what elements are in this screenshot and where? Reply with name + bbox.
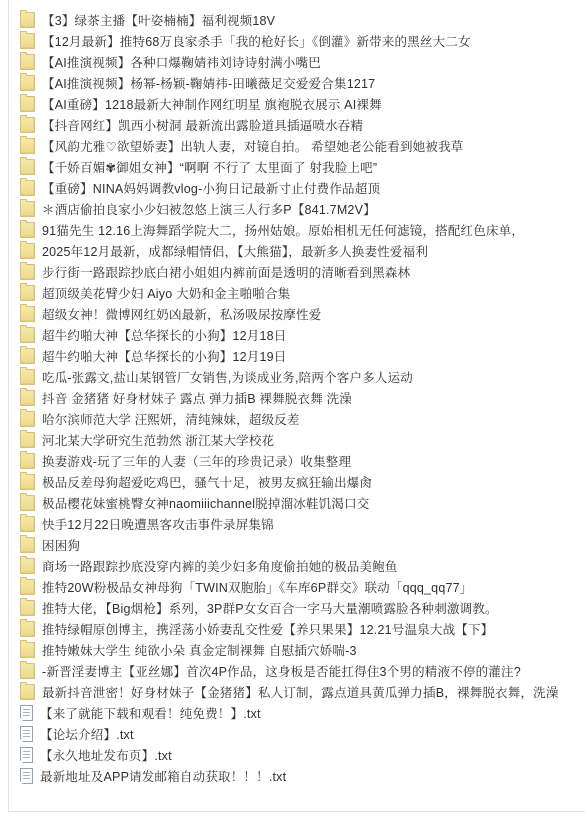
folder-row[interactable]: 【12月最新】推特68万良家杀手「我的枪好长」《倒灌》新带来的黑丝大二女 [9, 30, 585, 51]
file-name[interactable]: 超牛约啪大神【总华探长的小狗】12月18日 [42, 326, 287, 344]
folder-icon [20, 306, 35, 322]
folder-icon [20, 474, 35, 490]
folder-icon [20, 642, 35, 658]
folder-icon [20, 54, 35, 70]
folder-icon [20, 159, 35, 175]
folder-row[interactable]: 【AI推演视频】杨幂-杨颖-鞠婧祎-田曦薇足交爱爱合集1217 [9, 72, 585, 93]
file-name[interactable]: 2025年12月最新，成都绿帽情侣，【大熊猫】，最新多人换妻性爱福利 [42, 242, 428, 260]
folder-row[interactable]: 河北某大学研究生范勃然 浙江某大学校花 [9, 429, 585, 450]
folder-icon [20, 222, 35, 238]
folder-icon [20, 75, 35, 91]
folder-icon [20, 33, 35, 49]
file-name[interactable]: 快手12月22日晚遭黑客攻击事件录屏集锦 [42, 515, 274, 533]
folder-row[interactable]: ＊酒店偷拍良家小少妇被忽悠上演三人行多P【841.7M2V】 [9, 198, 585, 219]
folder-icon [20, 12, 35, 28]
file-name[interactable]: 【AI推演视频】杨幂-杨颖-鞠婧祎-田曦薇足交爱爱合集1217 [42, 74, 375, 92]
file-list: 【3】绿茶主播【叶姿楠楠】福利视频18V 【12月最新】推特68万良家杀手「我的… [9, 9, 585, 786]
folder-row[interactable]: 【AI重磅】1218最新大神制作网红明星 旗袍脱衣展示 AI裸舞 [9, 93, 585, 114]
file-name[interactable]: 超级女神！微博网红奶凶最新，私汤吸尿按摩性爱 [42, 305, 321, 323]
folder-icon [20, 621, 35, 637]
folder-row[interactable]: 【重磅】NINA妈妈调教vlog-小狗日记最新寸止付费作品超顶 [9, 177, 585, 198]
folder-row[interactable]: 推特20W粉极品女神母狗「TWIN双胞胎」《车库6P群交》联动「qqq_qq77… [9, 576, 585, 597]
folder-row[interactable]: 【AI推演视频】各种口爆鞠婧祎刘诗诗射满小嘴巴 [9, 51, 585, 72]
text-file-icon [20, 768, 33, 784]
folder-row[interactable]: 步行街一路跟踪抄底白裙小姐姐内裤前面是透明的清晰看到黑森林 [9, 261, 585, 282]
folder-icon [20, 600, 35, 616]
file-name[interactable]: 【重磅】NINA妈妈调教vlog-小狗日记最新寸止付费作品超顶 [42, 179, 380, 197]
folder-row[interactable]: 快手12月22日晚遭黑客攻击事件录屏集锦 [9, 513, 585, 534]
file-name[interactable]: 超顶级美花臂少妇 Aiyo 大奶和金主啪啪合集 [42, 284, 290, 302]
file-name[interactable]: 91猫先生 12.16上海舞蹈学院大二，扬州姑娘。原始相机无任何滤镜，搭配红色床… [42, 221, 524, 239]
file-name[interactable]: 【论坛介绍】.txt [40, 725, 134, 743]
file-name[interactable]: 【AI推演视频】各种口爆鞠婧祎刘诗诗射满小嘴巴 [42, 53, 321, 71]
folder-icon [20, 663, 35, 679]
folder-icon [20, 369, 35, 385]
folder-row[interactable]: 【抖音网红】凯西小树洞 最新流出露脸道具插逼喷水吞精 [9, 114, 585, 135]
folder-icon [20, 327, 35, 343]
text-file-icon [20, 747, 33, 763]
file-name[interactable]: 困困狗 [42, 536, 80, 554]
file-name[interactable]: 推特嫩妹大学生 纯欲小朵 真金定制裸舞 自慰插穴娇喘-3 [42, 641, 357, 659]
file-name[interactable]: 抖音 金猪猪 好身材妹子 露点 弹力插B 裸舞脱衣舞 洗澡 [42, 389, 352, 407]
folder-row[interactable]: 超级女神！微博网红奶凶最新，私汤吸尿按摩性爱 [9, 303, 585, 324]
folder-icon [20, 516, 35, 532]
folder-icon [20, 411, 35, 427]
folder-row[interactable]: 超牛约啪大神【总华探长的小狗】12月18日 [9, 324, 585, 345]
text-file-row[interactable]: 最新地址及APP请发邮箱自动获取！！！.txt [9, 765, 585, 786]
text-file-row[interactable]: 【来了就能下载和观看！纯免费！】.txt [9, 702, 585, 723]
file-name[interactable]: 【永久地址发布页】.txt [40, 746, 172, 764]
folder-row[interactable]: -新晋淫妻博主【亚丝娜】首次4P作品，这身板是否能扛得住3个男的精液不停的灌注? [9, 660, 585, 681]
folder-icon [20, 201, 35, 217]
folder-row[interactable]: 超牛约啪大神【总华探长的小狗】12月19日 [9, 345, 585, 366]
file-name[interactable]: 最新地址及APP请发邮箱自动获取！！！.txt [40, 767, 286, 785]
folder-icon [20, 96, 35, 112]
file-name[interactable]: 超牛约啪大神【总华探长的小狗】12月19日 [42, 347, 287, 365]
text-file-row[interactable]: 【永久地址发布页】.txt [9, 744, 585, 765]
file-name[interactable]: 推特20W粉极品女神母狗「TWIN双胞胎」《车库6P群交》联动「qqq_qq77… [42, 578, 473, 596]
folder-row[interactable]: 商场一路跟踪抄底没穿内裤的美少妇多角度偷拍她的极品美鲍鱼 [9, 555, 585, 576]
folder-icon [20, 579, 35, 595]
text-file-icon [20, 726, 33, 742]
folder-row[interactable]: 换妻游戏-玩了三年的人妻（三年的珍贵记录）收集整理 [9, 450, 585, 471]
folder-row[interactable]: 超顶级美花臂少妇 Aiyo 大奶和金主啪啪合集 [9, 282, 585, 303]
file-list-panel: 【3】绿茶主播【叶姿楠楠】福利视频18V 【12月最新】推特68万良家杀手「我的… [8, 0, 585, 812]
folder-row[interactable]: 吃瓜-张露文,盐山某钢管厂女销售,为谈成业务,陪两个客户多人运动 [9, 366, 585, 387]
folder-row[interactable]: 最新抖音泄密！好身材妹子【金猪猪】私人订制，露点道具黄瓜弹力插B，裸舞脱衣舞，洗… [9, 681, 585, 702]
text-file-row[interactable]: 【论坛介绍】.txt [9, 723, 585, 744]
folder-icon [20, 117, 35, 133]
file-name[interactable]: 极品樱花妹蜜桃臀女神naomiiichannel脱掉溜冰鞋饥渴口交 [42, 494, 370, 512]
file-name[interactable]: 推特大佬，【Big烟枪】系列，3P群P女女百合一字马大量潮喷露脸各种刺激调教。 [42, 599, 498, 617]
folder-icon [20, 390, 35, 406]
folder-row[interactable]: 哈尔滨师范大学 汪熙妍，清纯辣妹，超级反差 [9, 408, 585, 429]
folder-icon [20, 537, 35, 553]
folder-icon [20, 285, 35, 301]
file-name[interactable]: 步行街一路跟踪抄底白裙小姐姐内裤前面是透明的清晰看到黑森林 [42, 263, 410, 281]
file-name[interactable]: 吃瓜-张露文,盐山某钢管厂女销售,为谈成业务,陪两个客户多人运动 [42, 368, 413, 386]
folder-icon [20, 348, 35, 364]
folder-icon [20, 453, 35, 469]
folder-icon [20, 264, 35, 280]
file-name[interactable]: 【AI重磅】1218最新大神制作网红明星 旗袍脱衣展示 AI裸舞 [42, 95, 382, 113]
folder-row[interactable]: 推特嫩妹大学生 纯欲小朵 真金定制裸舞 自慰插穴娇喘-3 [9, 639, 585, 660]
file-name[interactable]: 【来了就能下载和观看！纯免费！】.txt [40, 704, 261, 722]
folder-row[interactable]: 91猫先生 12.16上海舞蹈学院大二，扬州姑娘。原始相机无任何滤镜，搭配红色床… [9, 219, 585, 240]
file-name[interactable]: 极品反差母狗超爱吃鸡巴，骚气十足，被男友疯狂输出爆肏 [42, 473, 372, 491]
file-name[interactable]: 【12月最新】推特68万良家杀手「我的枪好长」《倒灌》新带来的黑丝大二女 [42, 32, 471, 50]
folder-row[interactable]: 推特绿帽原创博主，携淫荡小娇妻乱交性爱【养只果果】12.21号温泉大战【下】 [9, 618, 585, 639]
file-name[interactable]: 推特绿帽原创博主，携淫荡小娇妻乱交性爱【养只果果】12.21号温泉大战【下】 [42, 620, 493, 638]
file-name[interactable]: 河北某大学研究生范勃然 浙江某大学校花 [42, 431, 274, 449]
folder-icon [20, 138, 35, 154]
folder-icon [20, 684, 35, 700]
folder-row[interactable]: 推特大佬，【Big烟枪】系列，3P群P女女百合一字马大量潮喷露脸各种刺激调教。 [9, 597, 585, 618]
folder-icon [20, 558, 35, 574]
folder-row[interactable]: 困困狗 [9, 534, 585, 555]
folder-row[interactable]: 【风韵尤雅♡欲望娇妻】出轨人妻，对镜自拍。 希望她老公能看到她被我草 [9, 135, 585, 156]
file-name[interactable]: 商场一路跟踪抄底没穿内裤的美少妇多角度偷拍她的极品美鲍鱼 [42, 557, 398, 575]
folder-row[interactable]: 2025年12月最新，成都绿帽情侣，【大熊猫】，最新多人换妻性爱福利 [9, 240, 585, 261]
folder-row[interactable]: 抖音 金猪猪 好身材妹子 露点 弹力插B 裸舞脱衣舞 洗澡 [9, 387, 585, 408]
file-name[interactable]: -新晋淫妻博主【亚丝娜】首次4P作品，这身板是否能扛得住3个男的精液不停的灌注? [42, 662, 521, 680]
text-file-icon [20, 705, 33, 721]
file-name[interactable]: 【千娇百媚✾御姐女神】“啊啊 不行了 太里面了 射我脸上吧” [42, 158, 377, 176]
file-name[interactable]: 【3】绿茶主播【叶姿楠楠】福利视频18V [42, 11, 275, 29]
file-name[interactable]: 【风韵尤雅♡欲望娇妻】出轨人妻，对镜自拍。 希望她老公能看到她被我草 [42, 137, 463, 155]
file-name[interactable]: 换妻游戏-玩了三年的人妻（三年的珍贵记录）收集整理 [42, 452, 351, 470]
file-name[interactable]: 哈尔滨师范大学 汪熙妍，清纯辣妹，超级反差 [42, 410, 300, 428]
folder-row[interactable]: 极品樱花妹蜜桃臀女神naomiiichannel脱掉溜冰鞋饥渴口交 [9, 492, 585, 513]
folder-icon [20, 432, 35, 448]
file-name[interactable]: 最新抖音泄密！好身材妹子【金猪猪】私人订制，露点道具黄瓜弹力插B，裸舞脱衣舞，洗… [42, 683, 559, 701]
folder-icon [20, 180, 35, 196]
file-name[interactable]: ＊酒店偷拍良家小少妇被忽悠上演三人行多P【841.7M2V】 [42, 200, 376, 218]
folder-icon [20, 495, 35, 511]
folder-icon [20, 243, 35, 259]
folder-row[interactable]: 【3】绿茶主播【叶姿楠楠】福利视频18V [9, 9, 585, 30]
file-name[interactable]: 【抖音网红】凯西小树洞 最新流出露脸道具插逼喷水吞精 [42, 116, 363, 134]
folder-row[interactable]: 【千娇百媚✾御姐女神】“啊啊 不行了 太里面了 射我脸上吧” [9, 156, 585, 177]
folder-row[interactable]: 极品反差母狗超爱吃鸡巴，骚气十足，被男友疯狂输出爆肏 [9, 471, 585, 492]
